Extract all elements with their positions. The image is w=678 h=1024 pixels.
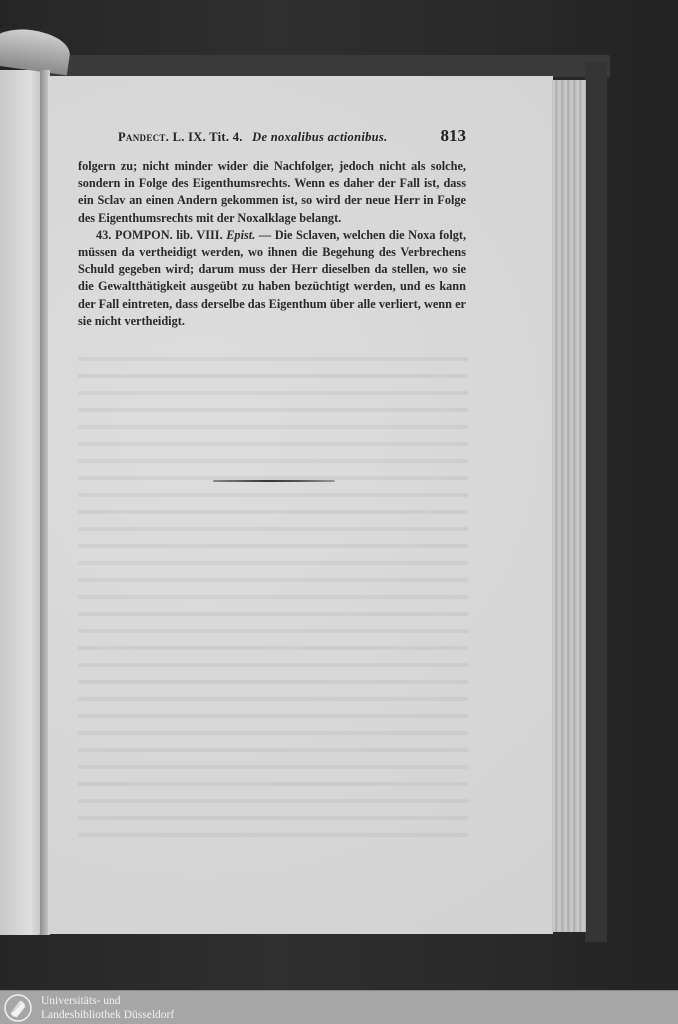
fragment-author: POMPON. — [115, 228, 173, 242]
running-head-title: Pandect. L. IX. Tit. 4. De noxalibus act… — [118, 130, 388, 145]
book-cover-top-edge — [40, 55, 610, 77]
show-through-text — [78, 345, 468, 845]
paragraph-fragment-43: 43. POMPON. lib. VIII. Epist. — Die Scla… — [78, 227, 466, 330]
section-divider — [213, 480, 335, 482]
library-name-line2: Landesbibliothek Düsseldorf — [41, 1008, 174, 1022]
paragraph-continuation: folgern zu; nicht minder wider die Nachf… — [78, 158, 466, 227]
library-name-line1: Universitäts- und — [41, 994, 174, 1008]
subject: De noxalibus actionibus. — [252, 130, 387, 144]
fragment-dash: — — [259, 228, 271, 242]
left-page-edge — [0, 70, 44, 935]
fragment-work: Epist. — [226, 228, 255, 242]
book-number: L. IX. — [173, 130, 206, 144]
title-number: Tit. 4. — [209, 130, 242, 144]
fragment-text: Die Sclaven, welchen die Noxa folgt, müs… — [78, 228, 466, 328]
page-number: 813 — [441, 126, 467, 146]
work-abbrev: Pandect. — [118, 130, 169, 144]
page-stack-edges — [552, 80, 586, 932]
book-logo-icon[interactable] — [3, 993, 33, 1023]
library-name[interactable]: Universitäts- und Landesbibliothek Düsse… — [41, 994, 174, 1022]
page-body: folgern zu; nicht minder wider die Nachf… — [78, 158, 466, 330]
running-head: Pandect. L. IX. Tit. 4. De noxalibus act… — [118, 126, 466, 148]
book-cover-right-edge — [585, 62, 607, 942]
fragment-number: 43. — [96, 228, 111, 242]
fragment-source: lib. VIII. — [176, 228, 222, 242]
library-footer: Universitäts- und Landesbibliothek Düsse… — [0, 990, 678, 1024]
